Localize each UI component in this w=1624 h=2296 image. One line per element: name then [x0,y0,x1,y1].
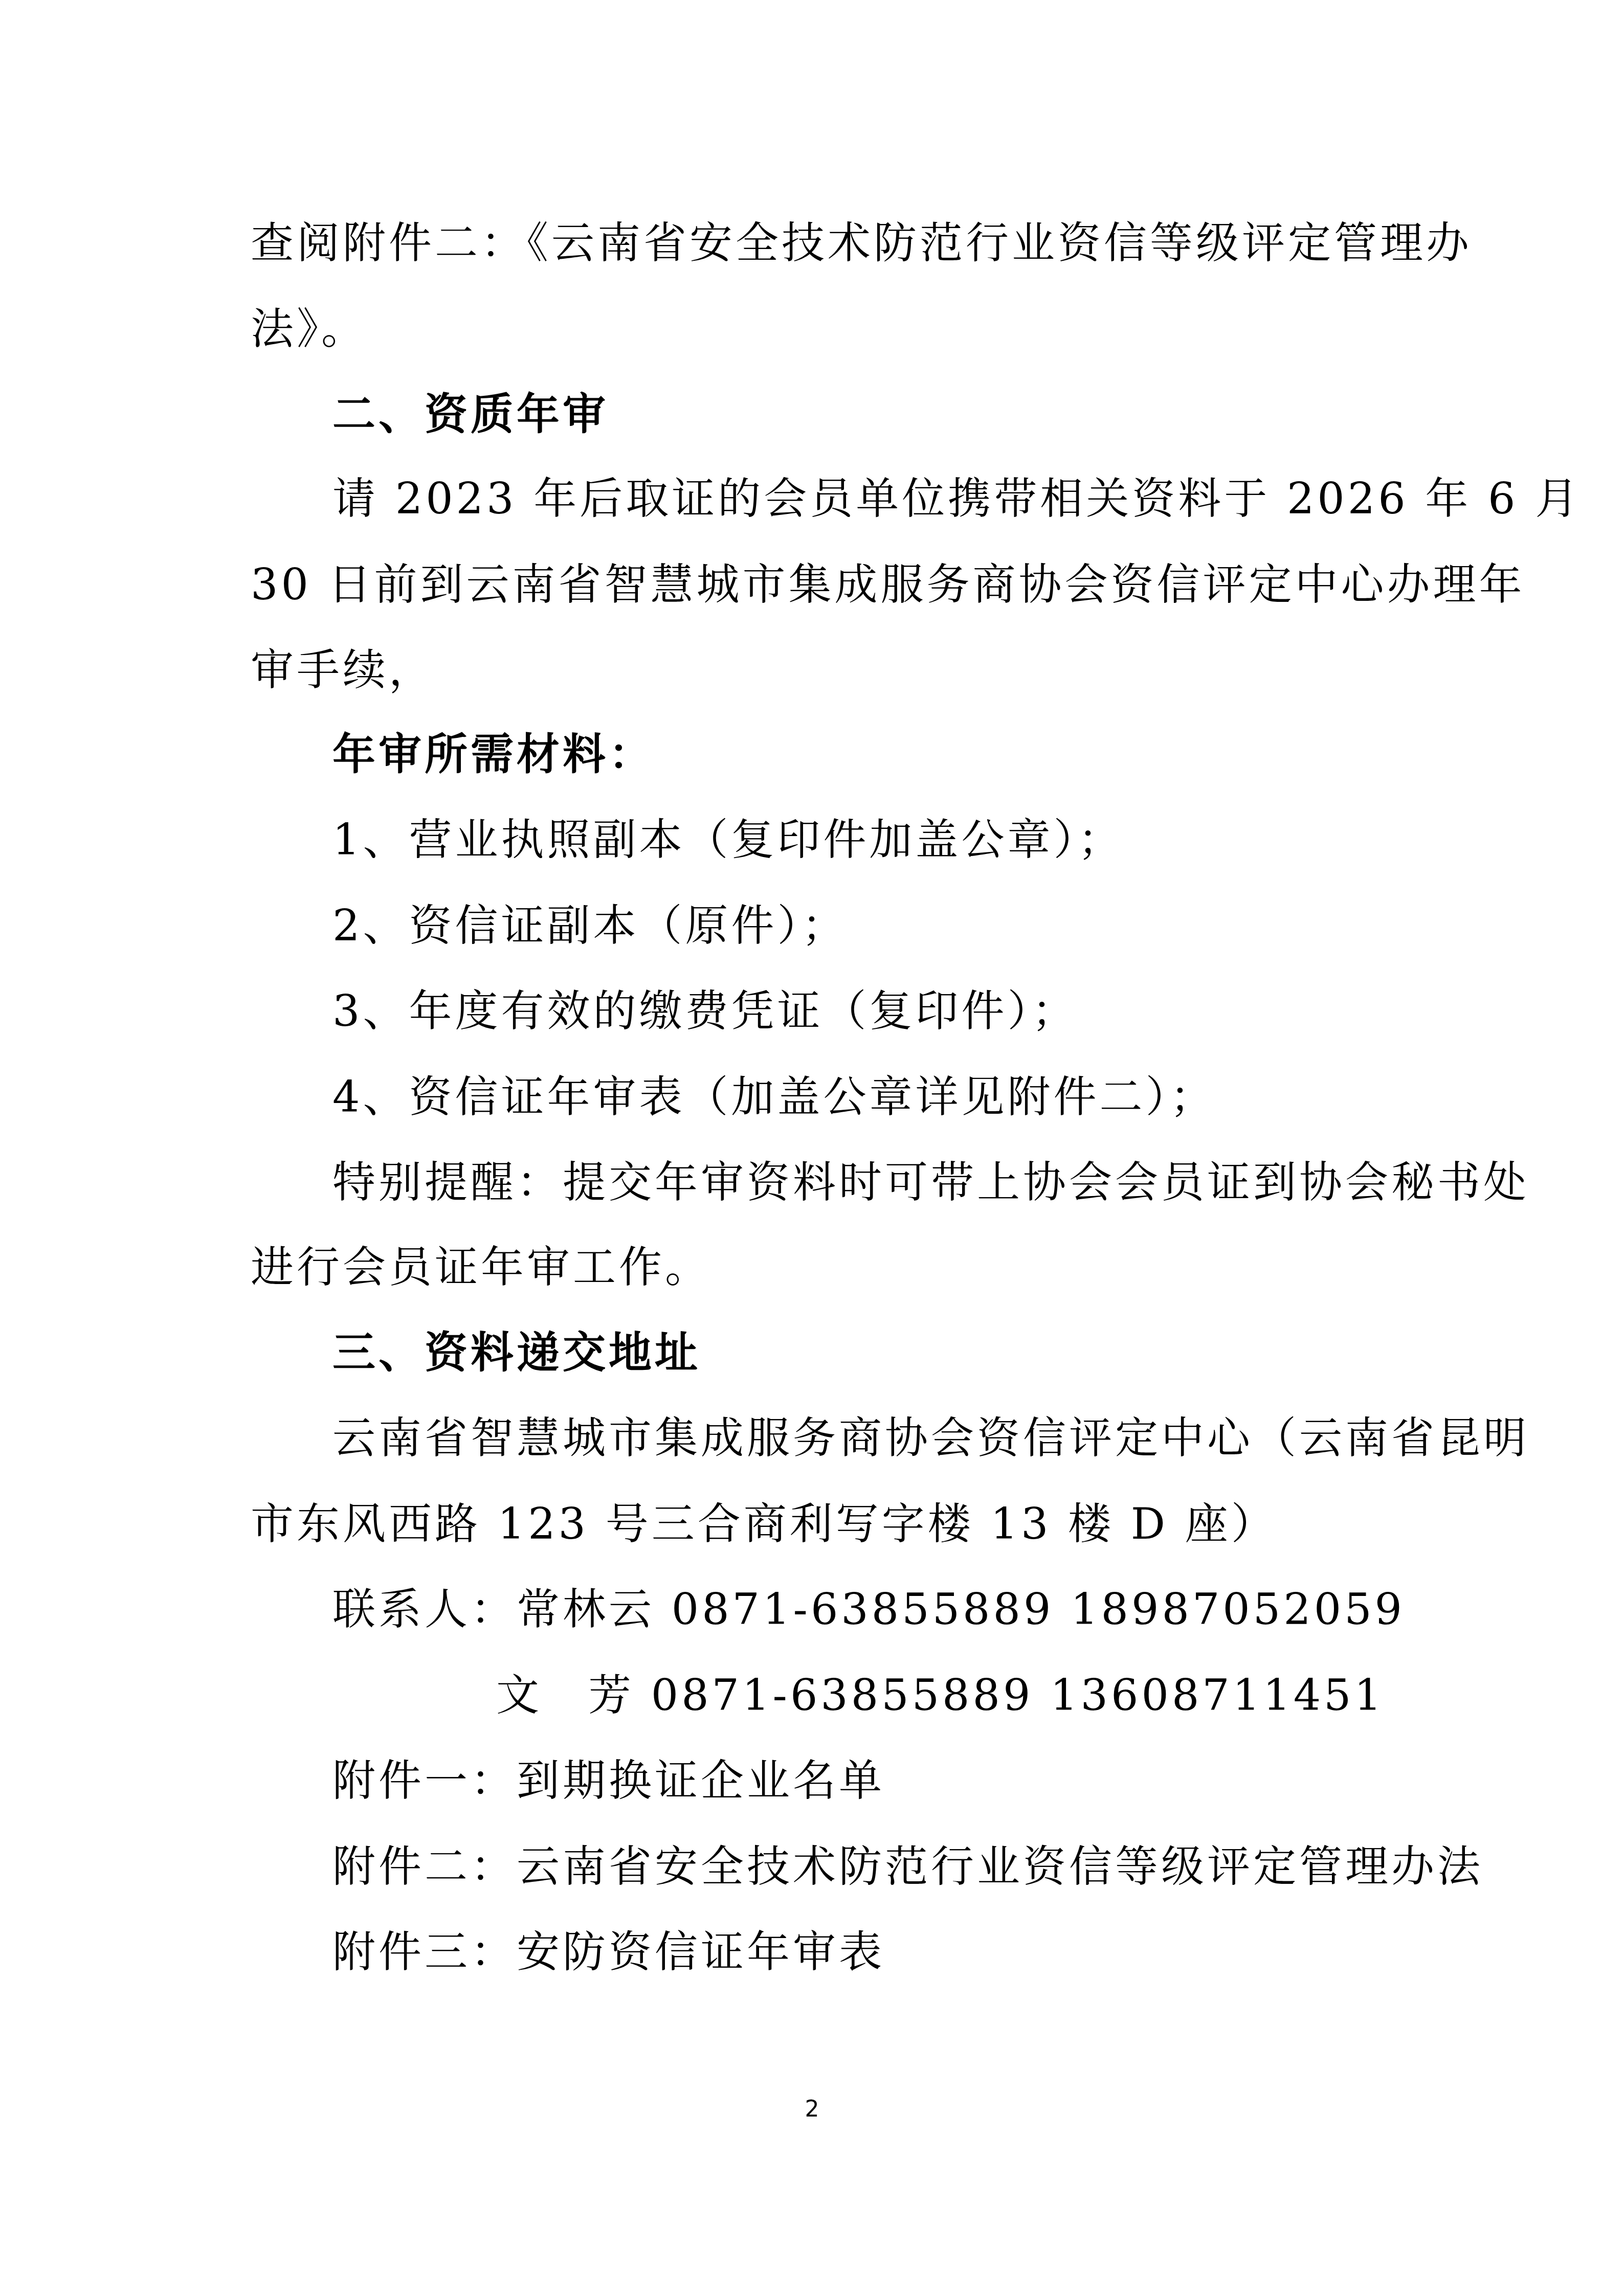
section-2-heading: 二、资质年审 [332,386,1386,442]
material-item-4: 4、资信证年审表（加盖公章详见附件二）； [332,1069,1386,1125]
materials-heading: 年审所需材料： [332,726,1386,782]
reminder-line-2: 进行会员证年审工作。 [251,1239,1386,1295]
attachment-2: 附件二：云南省安全技术防范行业资信等级评定管理办法 [332,1838,1386,1895]
section-3-heading: 三、资料递交地址 [332,1324,1386,1381]
document-page: 查阅附件二：《云南省安全技术防范行业资信等级评定管理办 法》。 二、资质年审 请… [0,0,1624,2296]
intro-continuation-line-1: 查阅附件二：《云南省安全技术防范行业资信等级评定管理办 [251,215,1386,271]
contact-name: 文 芳 [496,1670,634,1720]
attachment-3: 附件三：安防资信证年审表 [332,1924,1386,1980]
contact-mobile: 18987052059 [1071,1584,1405,1634]
contact-row-2: 文 芳 0871-63855889 13608711451 [496,1667,1386,1723]
contact-name: 常林云 [517,1584,655,1634]
material-item-1: 1、营业执照副本（复印件加盖公章）； [332,812,1386,868]
section-2-paragraph-line-2: 30 日前到云南省智慧城市集成服务商协会资信评定中心办理年 [251,556,1386,613]
material-item-3: 3、年度有效的缴费凭证（复印件）； [332,983,1386,1039]
reminder-line-1: 特别提醒：提交年审资料时可带上协会会员证到协会秘书处 [332,1154,1386,1210]
section-2-paragraph-line-3: 审手续， [251,642,1386,698]
address-line-1: 云南省智慧城市集成服务商协会资信评定中心（云南省昆明 [332,1410,1386,1466]
address-line-2: 市东风西路 123 号三合商利写字楼 13 楼 D 座） [251,1496,1386,1552]
contacts-label: 联系人： [332,1584,517,1634]
contact-phone: 0871-63855889 [672,1584,1054,1634]
contact-mobile: 13608711451 [1050,1670,1385,1720]
material-item-2: 2、资信证副本（原件）； [332,897,1386,954]
contact-phone: 0871-63855889 [651,1670,1034,1720]
intro-continuation-line-2: 法》。 [251,301,1386,357]
attachment-1: 附件一：到期换证企业名单 [332,1752,1386,1809]
page-number: 2 [0,2094,1624,2125]
section-2-paragraph-line-1: 请 2023 年后取证的会员单位携带相关资料于 2026 年 6 月 [332,470,1386,527]
contact-row-1: 联系人：常林云 0871-63855889 18987052059 [332,1581,1386,1637]
